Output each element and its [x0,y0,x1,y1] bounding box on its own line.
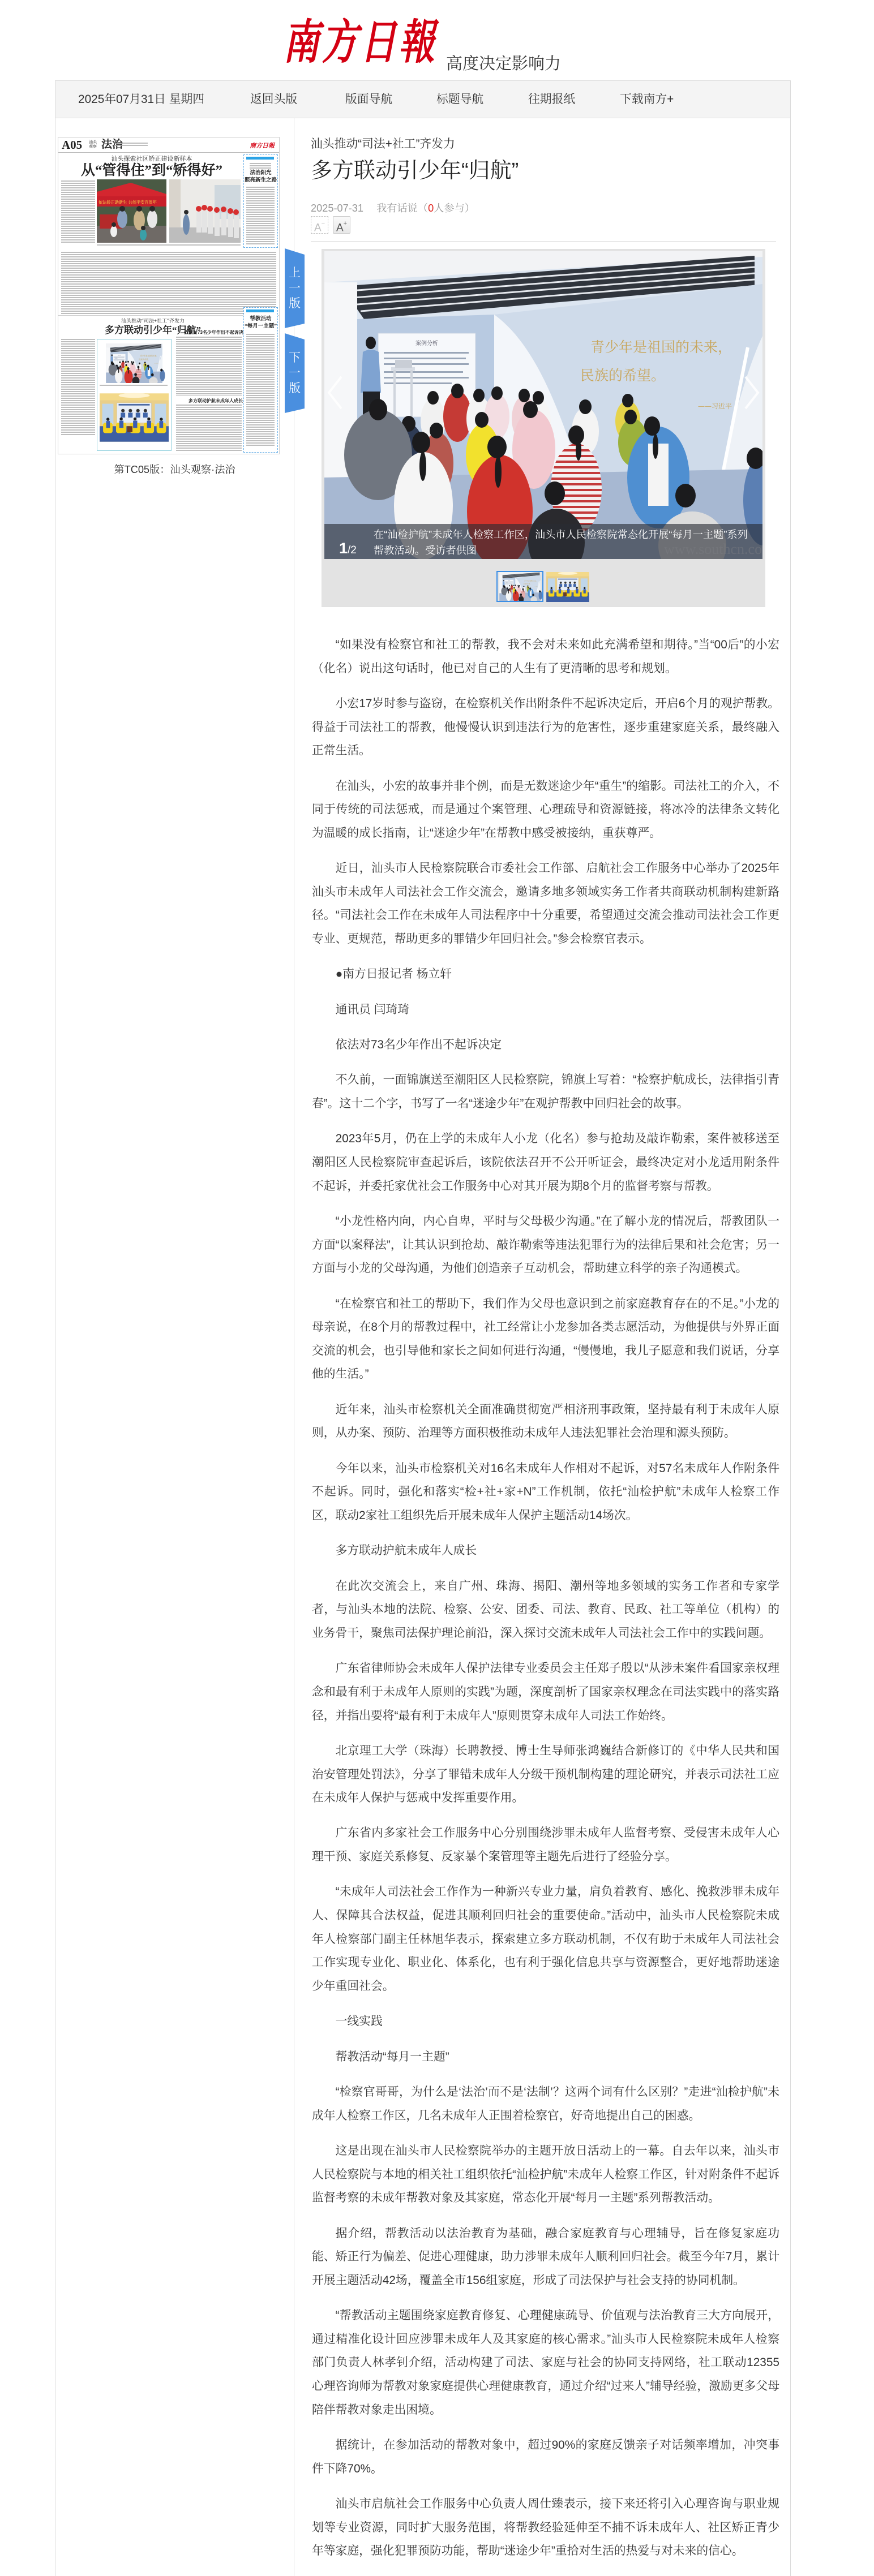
nav-headline-navigation[interactable]: 标题导航 [436,81,483,118]
thumbnail-photo-conference [100,390,169,445]
sidebar-title-line2: 照亮新生之路 [244,177,277,184]
gallery-next-button[interactable] [742,375,761,411]
thumbnail-image-conference [546,572,590,602]
sidebar-label-bar [246,157,274,160]
thumbnail-sidebar-1: 法治阳光 照亮新生之路 [243,154,278,248]
thumbnail-story2-body-2 [176,405,242,451]
thumbnail-story2-body-1 [176,337,242,396]
nav-past-issues[interactable]: 往期报纸 [528,81,575,118]
hallway-scene [169,179,241,243]
thumbnail-story1-body [61,252,276,314]
slogan: 高度决定影响力 [446,54,561,74]
top-nav: 2025年07月31日 星期四 返回头版 版面导航 标题导航 往期报纸 下载南方… [55,80,791,118]
photo-caption-lines [100,385,168,387]
nav-page-navigation[interactable]: 版面导航 [345,81,392,118]
photo-classroom-scene [324,251,762,559]
gallery-photo: 1/2 在“汕检护航”未成年人检察工作区，汕头市人民检察院常态化开展“每月一主题… [324,251,762,559]
font-increase-button[interactable]: A+ [333,216,350,234]
font-increase-label: A [336,222,344,234]
next-tab-char: 版 [289,381,301,396]
gallery-current-index: 1 [339,540,348,557]
section-heading: 多方联动护航未成年人成长 [312,1539,779,1563]
gallery-total: /2 [348,544,357,556]
page-caption: 第TC05版：汕头观察·法治 [55,462,294,477]
paragraph: 汕头市启航社会工作服务中心负责人周仕臻表示，接下来还将引入心理咨询与职业规划等专… [312,2492,779,2563]
paragraph: 近年来，汕头市检察机关全面准确贯彻宽严相济刑事政策，坚持最有利于未成年人原则，从… [312,1398,779,1445]
prev-tab-char: 版 [289,296,301,311]
paragraph: “帮教活动主题围绕家庭教育修复、心理健康疏导、价值观与法治教育三大方向展开，通过… [312,2304,779,2422]
sidebar-title-line2: “每月一主题” [244,323,277,330]
prev-page-tab[interactable]: 上 一 版 [285,248,305,328]
nav-return-front-page[interactable]: 返回头版 [250,81,297,118]
paragraph: 北京理工大学（珠海）长聘教授、博士生导师张鸿巍结合新修订的《中华人民共和国治安管… [312,1739,779,1810]
thumbnail-image-classroom [498,572,542,601]
paragraph: 2023年5月，仍在上学的未成年人小龙（化名）参与抢劫及敲诈勒索，案件被移送至潮… [312,1127,779,1198]
nav-download-app[interactable]: 下载南方+ [620,81,674,118]
paragraph: “如果没有检察官和社工的帮教，我不会对未来如此充满希望和期待。”当“00后”的小… [312,633,779,680]
thumbnail-logo: 南方日報 [250,141,275,150]
paragraph: 小宏17岁时参与盗窃，在检察机关作出附条件不起诉决定后，开启6个月的观护帮教。得… [312,692,779,763]
page-panel: A05 汕头观察 法治 南方日報 汕头探索社区矫正建设新样本 从“管得住”到“矫… [55,118,294,2576]
comment-label-suffix: 人参与） [434,203,475,214]
next-page-tab[interactable]: 下 一 版 [285,333,305,413]
section-heading: 帮教活动“每月一主题” [312,2045,779,2069]
thumbnail-page-header: A05 汕头观察 法治 南方日報 [58,137,279,153]
thumbnail-sidebar-2: 帮教活动 “每月一主题” [243,307,278,453]
font-decrease-label: A [314,222,322,234]
gallery-thumbnail-1[interactable] [496,571,543,602]
tent-scene: 依法矫正助新生 共创平安百周年 [97,179,166,243]
paragraph: 广东省律师协会未成年人保护法律专业委员会主任郑子殷以“从涉未案件看国家亲权理念和… [312,1657,779,1727]
article: 汕头推动“司法+社工”齐发力 多方联动引少年“归航” 2025-07-31 我有… [311,118,779,2576]
plus-icon: + [344,220,347,227]
thumbnail-story2-subhead-2: 多方联动护航未成年人成长 [188,398,243,404]
paragraph: “小龙性格内向，内心自卑，平时与父母极少沟通。”在了解小龙的情况后，帮教团队一方… [312,1210,779,1280]
thumbnail-story2-photos [97,339,172,451]
article-title: 多方联动引少年“归航” [311,158,519,184]
minus-icon: − [322,220,325,227]
comment-count: 0 [428,203,434,214]
paragraph: 广东省内多家社会工作服务中心分别围绕涉罪未成年人监督考察、受侵害未成年人心理干预… [312,1821,779,1868]
sidebar-label-bar [246,309,274,312]
photo-gallery: 1/2 在“汕检护航”未成年人检察工作区，汕头市人民检察院常态化开展“每月一主题… [322,249,765,607]
paragraph: 在此次交流会上，来自广州、珠海、揭阳、潮州等地多领域的实务工作者和专家学者，与汕… [312,1575,779,1645]
publish-date: 2025-07-31 [311,203,363,214]
paragraph: 在汕头，小宏的故事并非个例，而是无数迷途少年“重生”的缩影。司法社工的介入，不同… [312,775,779,845]
tent-banner-text: 依法矫正助新生 共创平安百周年 [98,200,157,205]
paragraph: 近日，汕头市人民检察院联合市委社会工作部、启航社会工作服务中心举办了2025年汕… [312,857,779,951]
article-body: “如果没有检察官和社工的帮教，我不会对未来如此充满希望和期待。”当“00后”的小… [312,633,779,2574]
header-divider [311,241,776,242]
section-heading: 一线实践 [312,2010,779,2033]
thumbnail-photo-hallway [169,179,241,243]
photo-caption-text: 在“汕检护航”未成年人检察工作区，汕头市人民检察院常态化开展“每月一主题”系列帮… [374,527,752,558]
page: 南方日報 高度决定影响力 2025年07月31日 星期四 返回头版 版面导航 标… [0,0,874,2576]
paragraph: “检察官哥哥，为什么是‘法治’而不是‘法制’？这两个词有什么区别？”走进“汕检护… [312,2080,779,2127]
gallery-counter: 1/2 [339,540,357,559]
paragraph: 不久前，一面锦旗送至潮阳区人民检察院，锦旗上写着：“检察护航成长，法律指引青春”… [312,1068,779,1115]
sidebar-title-line1: 法治阳光 [244,170,277,177]
byline-correspondent: 通讯员 闫琦琦 [312,998,779,1022]
paragraph: 这是出现在汕头市人民检察院举办的主题开放日活动上的一幕。自去年以来，汕头市人民检… [312,2139,779,2210]
sidebar-kicker [250,163,271,169]
paragraph: 据介绍，帮教活动以法治教育为基础，融合家庭教育与心理辅导，旨在修复家庭功能、矫正… [312,2222,779,2293]
thumbnail-photo-captions [97,244,241,247]
thumbnail-story2-lead [61,339,95,435]
thumbnail-header-text [115,143,148,147]
thumbnail-story2-subhead-1: 依法对73名少年作出不起诉决定 [184,329,248,336]
byline-reporter: ●南方日报记者 杨立轩 [312,962,779,986]
thumbnail-photo-classroom [100,343,169,383]
section-heading: 依法对73名少年作出不起诉决定 [312,1033,779,1057]
paragraph: 据统计，在参加活动的帮教对象中，超过90%的家庭反馈亲子对话频率增加，冲突事件下… [312,2433,779,2480]
sidebar-title-line1: 帮教活动 [244,316,277,322]
thumbnail-text-column [61,180,95,244]
thumbnail-story1-headline: 从“管得住”到“矫得好” [58,163,245,179]
prev-tab-char: 一 [289,281,301,296]
main-container: A05 汕头观察 法治 南方日報 汕头探索社区矫正建设新样本 从“管得住”到“矫… [55,118,791,2576]
chevron-right-icon [742,375,761,411]
paragraph: 今年以来，汕头市检察机关对16名未成年人作相对不起诉，对57名未成年人作附条件不… [312,1457,779,1528]
next-tab-char: 下 [289,350,301,365]
comment-link[interactable]: 我有话说（0人参与） [376,203,475,214]
article-meta: 2025-07-31 我有话说（0人参与） [311,201,475,215]
thumbnail-photo-tent: 依法矫正助新生 共创平安百周年 [97,179,166,243]
page-thumbnail[interactable]: A05 汕头观察 法治 南方日報 汕头探索社区矫正建设新样本 从“管得住”到“矫… [58,137,280,454]
thumbnail-story2-kicker: 汕头推动“司法+社工”齐发力 [102,317,203,325]
newspaper-logo[interactable]: 南方日報 [283,17,437,68]
current-date: 2025年07月31日 星期四 [78,81,204,118]
gallery-thumbnails [322,571,765,603]
thumbnail-section-small: 汕头观察 [89,140,98,149]
font-decrease-button[interactable]: A− [311,216,328,234]
thumbnail-story1-kicker: 汕头探索社区矫正建设新样本 [58,156,245,163]
chevron-left-icon [325,375,345,411]
prev-tab-char: 上 [289,265,301,281]
gallery-prev-button[interactable] [325,375,345,411]
sidebar-body-text [246,187,275,244]
photo-caption-bar: 1/2 在“汕检护航”未成年人检察工作区，汕头市人民检察院常态化开展“每月一主题… [324,524,762,559]
gallery-thumbnail-2[interactable] [546,572,590,602]
paragraph: “未成年人司法社会工作作为一种新兴专业力量，肩负着教育、感化、挽救涉罪未成年人、… [312,1880,779,1998]
comment-label-prefix: 我有话说（ [376,203,428,214]
next-tab-char: 一 [289,365,301,381]
paragraph: “在检察官和社工的帮助下，我们作为父母也意识到之前家庭教育存在的不足。”小龙的母… [312,1292,779,1386]
article-kicker: 汕头推动“司法+社工”齐发力 [311,136,455,153]
masthead: 南方日報 高度决定影响力 [0,0,874,80]
sidebar-body-text [246,334,275,447]
thumbnail-page-number: A05 [62,139,82,151]
